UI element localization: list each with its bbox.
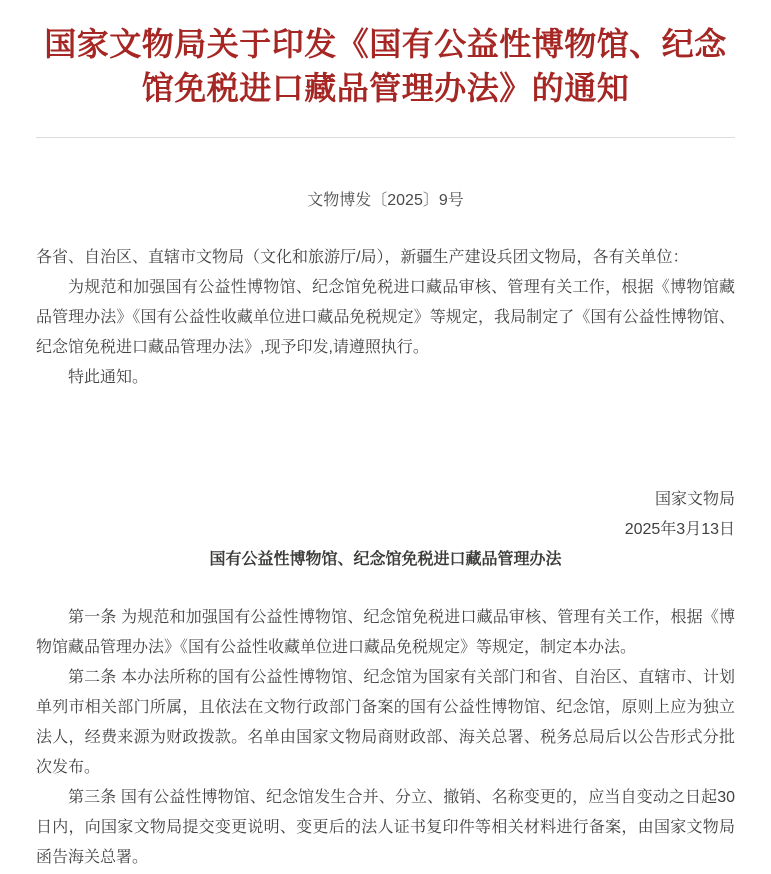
articles-section: 第一条 为规范和加强国有公益性博物馆、纪念馆免税进口藏品审核、管理有关工作，根据… [36,603,735,873]
measures-title: 国有公益性博物馆、纪念馆免税进口藏品管理办法 [36,545,735,575]
notice-closing-paragraph: 特此通知。 [36,363,735,393]
notice-main-paragraph: 为规范和加强国有公益性博物馆、纪念馆免税进口藏品审核、管理有关工作，根据《博物馆… [36,273,735,363]
letter-body: 各省、自治区、直辖市文物局（文化和旅游厅/局），新疆生产建设兵团文物局，各有关单… [36,243,735,393]
issuer-name: 国家文物局 [36,485,735,515]
article-3: 第三条 国有公益性博物馆、纪念馆发生合并、分立、撤销、名称变更的，应当自变动之日… [36,783,735,873]
document-number: 文物博发〔2025〕9号 [36,186,735,216]
signoff-block: 国家文物局 2025年3月13日 [36,485,735,545]
article-2: 第二条 本办法所称的国有公益性博物馆、纪念馆为国家有关部门和省、自治区、直辖市、… [36,663,735,783]
article-1: 第一条 为规范和加强国有公益性博物馆、纪念馆免税进口藏品审核、管理有关工作，根据… [36,603,735,663]
notice-document-page: 国家文物局关于印发《国有公益性博物馆、纪念馆免税进口藏品管理办法》的通知 文物博… [0,0,771,874]
document-title: 国家文物局关于印发《国有公益性博物馆、纪念馆免税进口藏品管理办法》的通知 [36,22,735,110]
salutation-line: 各省、自治区、直辖市文物局（文化和旅游厅/局），新疆生产建设兵团文物局，各有关单… [36,243,735,273]
title-divider [36,137,735,138]
issue-date: 2025年3月13日 [36,515,735,545]
